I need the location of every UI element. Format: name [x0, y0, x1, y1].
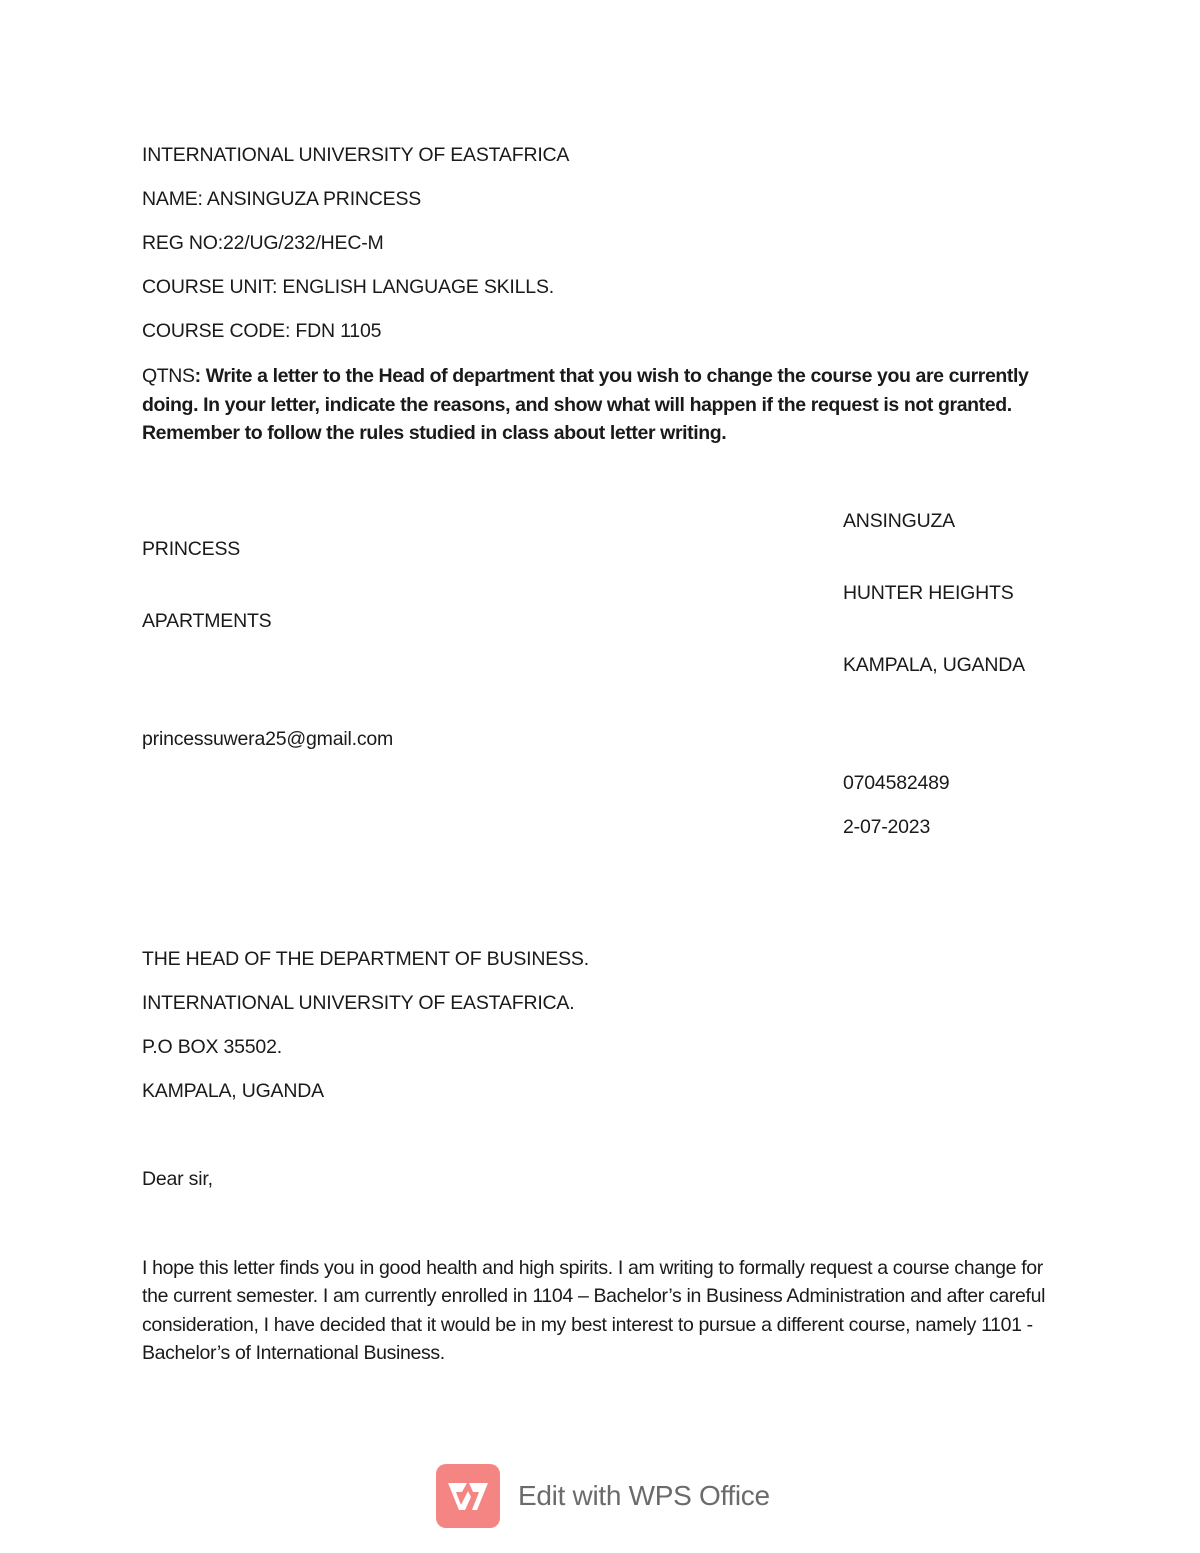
recipient-address-line-3: P.O BOX 35502. — [142, 1035, 282, 1059]
recipient-address-line-4: KAMPALA, UGANDA — [142, 1079, 324, 1103]
registration-number: REG NO:22/UG/232/HEC-M — [142, 231, 384, 255]
wps-logo-icon — [436, 1464, 500, 1528]
student-name: NAME: ANSINGUZA PRINCESS — [142, 187, 421, 211]
letter-body-paragraph: I hope this letter finds you in good hea… — [142, 1254, 1052, 1367]
sender-address-line-5: KAMPALA, UGANDA — [843, 653, 1025, 677]
recipient-address-line-2: INTERNATIONAL UNIVERSITY OF EASTAFRICA. — [142, 991, 574, 1015]
letter-date: 2-07-2023 — [843, 815, 930, 839]
question-label: QTNS — [142, 365, 195, 387]
question-prompt: QTNS: Write a letter to the Head of depa… — [142, 362, 1072, 448]
question-text: Write a letter to the Head of department… — [142, 365, 1028, 444]
course-code: COURSE CODE: FDN 1105 — [142, 319, 381, 343]
sender-address-line-2: PRINCESS — [142, 537, 240, 561]
course-unit: COURSE UNIT: ENGLISH LANGUAGE SKILLS. — [142, 275, 554, 299]
recipient-address-line-1: THE HEAD OF THE DEPARTMENT OF BUSINESS. — [142, 947, 589, 971]
sender-address-line-4: APARTMENTS — [142, 609, 271, 633]
university-heading: INTERNATIONAL UNIVERSITY OF EASTAFRICA — [142, 143, 569, 167]
sender-address-line-1: ANSINGUZA — [843, 509, 955, 533]
sender-phone: 0704582489 — [843, 771, 949, 795]
edit-with-wps-banner[interactable]: Edit with WPS Office — [436, 1464, 770, 1528]
document-page: INTERNATIONAL UNIVERSITY OF EASTAFRICA N… — [0, 0, 1200, 1553]
sender-address-line-3: HUNTER HEIGHTS — [843, 581, 1014, 605]
sender-email: princessuwera25@gmail.com — [142, 727, 393, 751]
salutation: Dear sir, — [142, 1167, 213, 1191]
wps-banner-label[interactable]: Edit with WPS Office — [518, 1480, 770, 1512]
